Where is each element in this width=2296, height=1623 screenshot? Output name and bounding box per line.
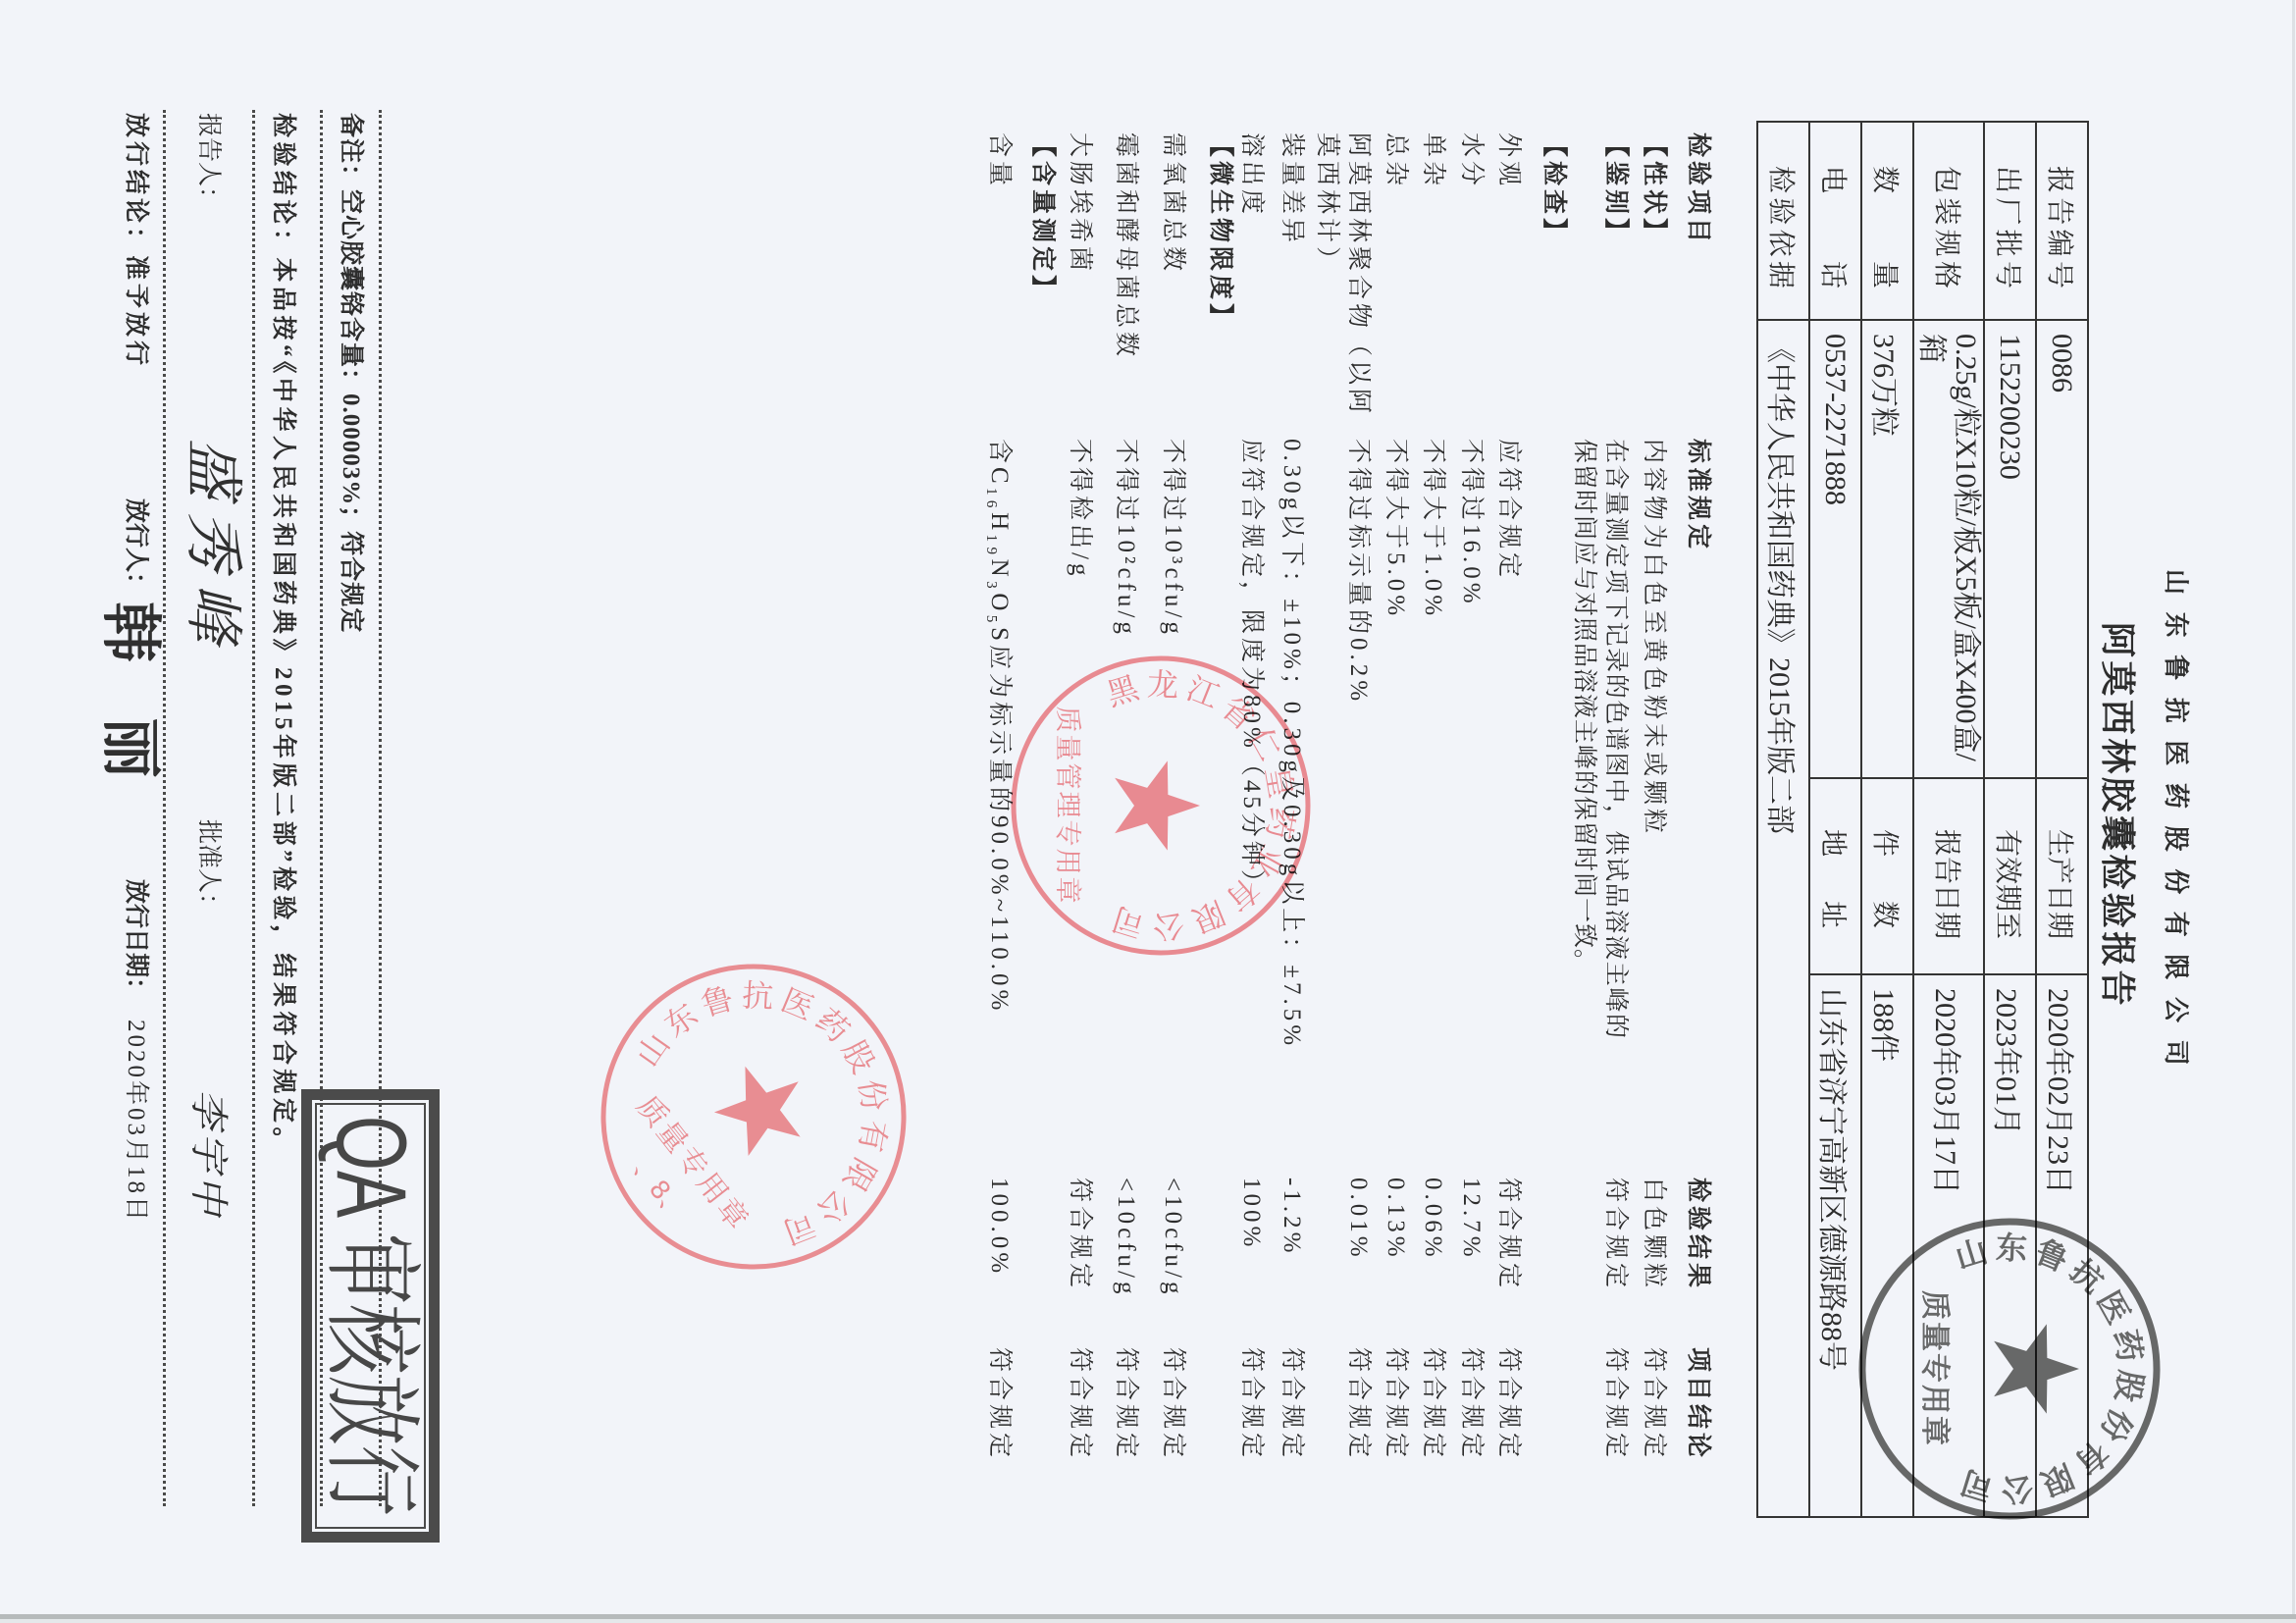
batch-no-value: 1152200230 [1984,320,2036,778]
item-label: 单杂 [1413,132,1452,189]
seal-center-text: 质量专用章 [1917,1290,1952,1447]
company-name: 山东鲁抗医药股份有限公司 [2157,569,2194,1082]
report-date-label: 报告日期 [1913,778,1984,974]
item-conclusion: 符合规定 [1342,1347,1374,1461]
item-label: 装量差异 [1272,132,1311,246]
item-result: 符合规定 [1060,1178,1099,1291]
section-label: 【微生物限度】 [1200,132,1239,332]
qa-release-stamp: QA 审核放行 [301,1089,440,1543]
quality-management-seal-red: 黑龙江省仁皇药业有限公司 质量管理专用章 [1004,649,1318,963]
inspection-row: 【性状】 内容物为白色至黄色粉末或颗粒 白色颗粒 符合规定 [1634,0,1673,1623]
basis-value: 《中华人民共和国药典》2015年版二部 [1757,320,1809,1517]
approver-signature: 李宇中 [186,1089,230,1219]
item-result: 符合规定 [1488,1178,1528,1291]
item-label: 【鉴别】 [1599,132,1631,246]
star-icon [704,1046,826,1169]
item-conclusion: 符合规定 [1451,1347,1490,1461]
item-conclusion: 符合规定 [1599,1347,1631,1461]
item-result: 0.13% [1376,1178,1415,1261]
item-conclusion: 符合规定 [1634,1347,1673,1461]
release-conclusion-value: 准予放行 [123,255,149,369]
report-title: 阿莫西林胶囊检验报告 [2096,622,2139,1009]
item-label: 含量 [979,132,1018,189]
item-result: 0.06% [1413,1178,1452,1261]
qa-release-stamp-text: QA 审核放行 [321,1116,420,1516]
conclusion-line: 检验结论：本品按“《中华人民共和国药典》2015年版二部”检验，结果符合规定。 [265,113,300,1156]
release-conclusion-line: 放行结论：准予放行 [118,113,153,369]
conclusion-text: 本品按“《中华人民共和国药典》2015年版二部”检验，结果符合规定。 [270,258,296,1157]
seal-center-text: 质量管理专用章 [1052,707,1082,906]
column-header-standard: 标准规定 [1678,439,1717,552]
column-header-item: 检验项目 [1678,132,1717,246]
item-standard: 不得过标示量的0.2% [1342,439,1374,705]
quantity-value: 376万粒 [1861,320,1913,778]
inspection-row: 【鉴别】 在含量测定项下记录的色谱图中，供试品溶液主峰的保留时间应与对照品溶液主… [1568,0,1631,1623]
item-conclusion: 符合规定 [1413,1347,1452,1461]
item-standard: 不得大于1.0% [1413,439,1452,619]
item-result: <10cfu/g [1153,1178,1192,1297]
releaser-signature: 韩丽 [98,602,163,833]
release-conclusion-label: 放行结论： [123,113,149,255]
item-label: 水分 [1451,132,1490,189]
item-label: 需氧菌总数 [1153,132,1192,275]
quality-seal-gray: 山东鲁抗医药股份有限公司 质量专用章 [1852,1212,2166,1526]
inspection-row: 总杂 不得大于5.0% 0.13% 符合规定 [1376,0,1415,1623]
star-icon [1994,1324,2079,1413]
item-result: 12.7% [1451,1178,1490,1261]
item-conclusion: 符合规定 [979,1347,1018,1461]
item-standard: 内容物为白色至黄色粉末或颗粒 [1634,439,1673,837]
item-result: <10cfu/g [1106,1178,1145,1297]
item-standard: 不得过10²cfu/g [1106,439,1145,638]
item-result: 0.01% [1342,1178,1374,1261]
reporter-signature: 盛秀峰 [182,439,244,656]
section-label: 【检查】 [1534,132,1573,246]
item-conclusion: 符合规定 [1376,1347,1415,1461]
item-standard: 不得过10³cfu/g [1153,439,1192,638]
item-conclusion: 符合规定 [1153,1347,1192,1461]
item-conclusion: 符合规定 [1060,1347,1099,1461]
item-result: 白色颗粒 [1634,1178,1673,1291]
item-label: 总杂 [1376,132,1415,189]
conclusion-label: 检验结论： [270,113,296,258]
item-standard: 应符合规定 [1488,439,1528,581]
item-standard: 在含量测定项下记录的色谱图中，供试品溶液主峰的保留时间应与对照品溶液主峰的保留时… [1568,439,1631,1039]
report-no-label: 报告编号 [2036,122,2088,320]
inspection-header-row: 检验项目 标准规定 检验结果 项目结论 [1678,0,1717,1623]
item-label: 阿莫西林聚合物（以阿莫西林计） [1311,132,1374,427]
item-label: 大肠埃希菌 [1060,132,1099,275]
column-header-result: 检验结果 [1678,1178,1717,1291]
inspection-row: 水分 不得过16.0% 12.7% 符合规定 [1451,0,1490,1623]
qa-release-stamp-inner: QA 审核放行 [315,1103,426,1529]
inspection-section-row: 【检查】 [1534,0,1573,1623]
item-result: 符合规定 [1599,1178,1631,1291]
item-result: -1.2% [1272,1178,1311,1256]
batch-no-label: 出厂批号 [1984,122,2036,320]
inspection-row: 外观 应符合规定 符合规定 符合规定 [1488,0,1528,1623]
item-standard: 不得过16.0% [1451,439,1490,607]
release-date-value: 2020年03月18日 [118,1020,153,1224]
section-label: 【含量测定】 [1022,132,1062,303]
phone-value: 0537-2271888 [1809,320,1861,778]
inspection-row: 阿莫西林聚合物（以阿莫西林计） 不得过标示量的0.2% 0.01% 符合规定 [1311,0,1374,1623]
reporter-label: 报告人： [190,113,226,211]
quantity-label: 数量 [1861,122,1913,320]
item-label: 【性状】 [1634,132,1673,246]
production-date-label: 生产日期 [2036,778,2088,974]
item-label: 外观 [1488,132,1528,189]
item-label: 霉菌和酵母菌总数 [1106,132,1145,360]
remarks-line: 备注：空心胶囊铬含量：0.00003%；符合规定 [333,113,368,633]
item-standard: 不得大于5.0% [1376,439,1415,619]
package-spec-label: 包装规格 [1913,122,1984,320]
report-no-value: 0086 [2036,320,2088,778]
release-date-label: 放行日期： [118,879,153,1002]
item-conclusion: 符合规定 [1106,1347,1145,1461]
star-icon [1115,760,1200,850]
inspection-report-page: 山东鲁抗医药股份有限公司 阿莫西林胶囊检验报告 报告编号 0086 生产日期 2… [0,0,2296,1623]
address-label: 地址 [1809,778,1861,974]
item-conclusion: 符合规定 [1488,1347,1528,1461]
column-header-conclusion: 项目结论 [1678,1347,1717,1461]
quality-seal-red: 山东鲁抗医药股份有限公司 质量专用章 、8、 [533,896,973,1336]
releaser-label: 放行人： [118,498,153,597]
item-standard: 不得检出/g [1060,439,1099,579]
inspection-row: 单杂 不得大于1.0% 0.06% 符合规定 [1413,0,1452,1623]
remarks-text: 空心胶囊铬含量：0.00003%；符合规定 [338,189,364,633]
info-row: 检验依据 《中华人民共和国药典》2015年版二部 [1757,122,1809,1517]
item-conclusion: 符合规定 [1272,1347,1311,1461]
basis-label: 检验依据 [1757,122,1809,320]
phone-label: 电话 [1809,122,1861,320]
item-result: 100.0% [979,1178,1018,1277]
dotted-divider [252,110,255,1506]
approver-label: 批准人： [190,819,226,917]
remarks-label: 备注： [338,113,364,189]
package-spec-value: 0.25g/粒X10粒/板X5板/盒X400盒/箱 [1913,320,1984,778]
expiry-label: 有效期至 [1984,778,2036,974]
pieces-label: 件数 [1861,778,1913,974]
